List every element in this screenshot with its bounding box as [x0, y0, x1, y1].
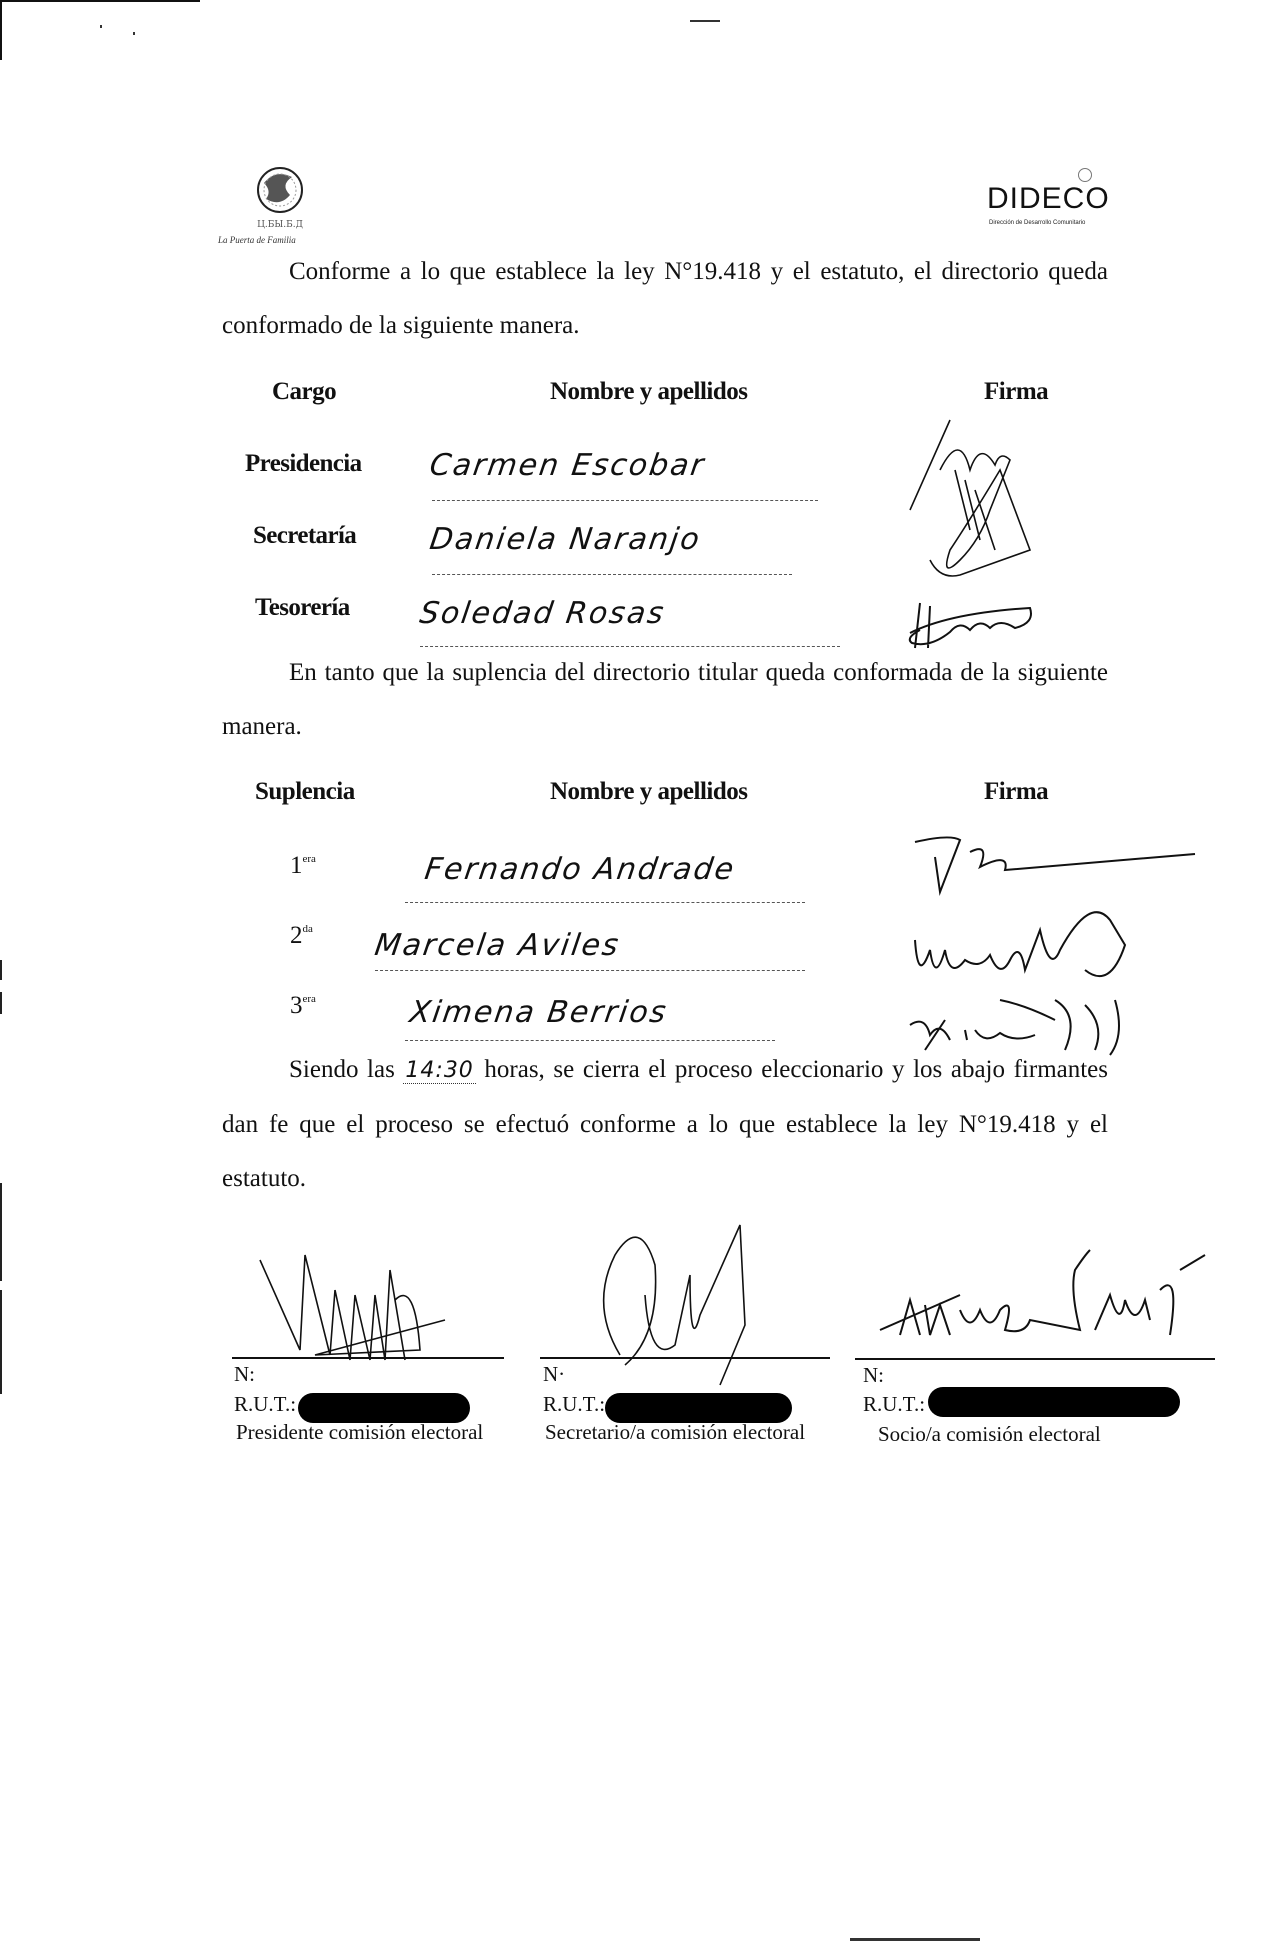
board-signature-presidencia	[900, 410, 1080, 595]
substitute-name-1: Fernando Andrade	[423, 852, 738, 887]
substitutes-header-name: Nombre y apellidos	[550, 778, 748, 806]
name-line	[432, 500, 818, 501]
ordinal-suffix: era	[303, 853, 316, 865]
commission-secretary-role: Secretario/a comisión electoral	[545, 1420, 805, 1444]
substitute-name-3: Ximena Berrios	[408, 995, 670, 1030]
signature-line	[232, 1357, 504, 1359]
commission-secretary-n-label: N·	[543, 1362, 565, 1386]
signature-scribble-icon	[900, 410, 1080, 590]
substitute-ordinal-1: 1era	[290, 852, 316, 880]
closing-paragraph: Siendo las 14:30 horas, se cierra el pro…	[222, 1043, 1108, 1206]
closing-hour: 14:30	[403, 1058, 475, 1084]
scan-mark	[0, 1183, 2, 1281]
redacted-rut	[298, 1393, 470, 1423]
ordinal-suffix: da	[303, 923, 313, 935]
ordinal-suffix: era	[303, 993, 316, 1005]
signature-scribble-icon	[910, 890, 1150, 990]
commission-member-n-label: N:	[863, 1363, 884, 1387]
scan-edge	[0, 0, 2, 60]
board-name-tesoreria: Soledad Rosas	[418, 596, 668, 631]
board-name-presidencia: Carmen Escobar	[428, 448, 708, 483]
scan-speck	[850, 1938, 980, 1941]
signature-line	[540, 1357, 830, 1359]
redacted-rut	[928, 1387, 1180, 1417]
club-logo-caption: La Puerta de Familia	[218, 235, 296, 245]
signature-scribble-icon	[255, 1240, 435, 1380]
scan-mark	[0, 960, 2, 980]
board-role-presidencia: Presidencia	[245, 450, 362, 478]
signature-scribble-icon	[880, 1250, 1220, 1360]
name-line	[375, 970, 805, 971]
intro-text: Conforme a lo que establece la ley N°19.…	[222, 258, 1108, 339]
ordinal-number: 2	[290, 922, 303, 949]
name-line	[432, 574, 792, 575]
commission-secretary-rut-label: R.U.T.:	[543, 1392, 605, 1416]
dideco-logo: DIDECO Dirección de Desarrollo Comunitar…	[985, 172, 1105, 242]
scan-mark	[0, 1290, 2, 1394]
scan-edge	[0, 0, 200, 2]
board-header-role: Cargo	[272, 378, 336, 406]
signature-scribble-icon	[590, 1215, 770, 1385]
scan-speck	[133, 32, 135, 35]
commission-member-role: Socio/a comisión electoral	[878, 1422, 1101, 1446]
substitutes-header-signature: Firma	[984, 778, 1048, 806]
closing-prefix: Siendo las	[289, 1056, 395, 1083]
commission-signature-member	[880, 1250, 1220, 1365]
substitute-ordinal-3: 3era	[290, 992, 316, 1020]
svg-text:Ц.БЫ.Б.Д: Ц.БЫ.Б.Д	[257, 220, 303, 230]
commission-president-rut-label: R.U.T.:	[234, 1392, 296, 1416]
redacted-rut	[605, 1393, 792, 1423]
board-role-secretaria: Secretaría	[253, 522, 356, 550]
ordinal-number: 3	[290, 992, 303, 1019]
ordinal-number: 1	[290, 852, 303, 879]
dideco-wordmark: DIDECO	[987, 182, 1110, 216]
board-header-signature: Firma	[984, 378, 1048, 406]
commission-signature-president	[255, 1240, 435, 1385]
board-role-tesoreria: Tesorería	[255, 594, 350, 622]
substitutes-intro-text: En tanto que la suplencia del directorio…	[222, 659, 1108, 740]
board-name-secretaria: Daniela Naranjo	[428, 522, 704, 557]
seal-icon	[1078, 168, 1092, 182]
signature-line	[855, 1358, 1215, 1360]
commission-signature-secretary	[590, 1215, 770, 1390]
scan-speck	[690, 20, 720, 22]
intro-paragraph: Conforme a lo que establece la ley N°19.…	[222, 245, 1108, 353]
scan-mark	[0, 992, 2, 1014]
club-logo: Ц.БЫ.Б.Д La Puerta de Familia	[220, 155, 340, 250]
substitute-ordinal-2: 2da	[290, 922, 313, 950]
name-line	[405, 1040, 775, 1041]
name-line	[405, 902, 805, 903]
dideco-subtitle: Dirección de Desarrollo Comunitario	[989, 220, 1085, 227]
substitutes-header-role: Suplencia	[255, 778, 355, 806]
commission-president-n-label: N:	[234, 1362, 255, 1386]
substitutes-intro-paragraph: En tanto que la suplencia del directorio…	[222, 646, 1108, 754]
substitute-name-2: Marcela Aviles	[373, 928, 623, 963]
substitute-signature-2	[910, 890, 1150, 995]
scan-speck	[100, 25, 102, 28]
commission-president-role: Presidente comisión electoral	[236, 1420, 483, 1444]
board-header-name: Nombre y apellidos	[550, 378, 748, 406]
commission-member-rut-label: R.U.T.:	[863, 1392, 925, 1416]
